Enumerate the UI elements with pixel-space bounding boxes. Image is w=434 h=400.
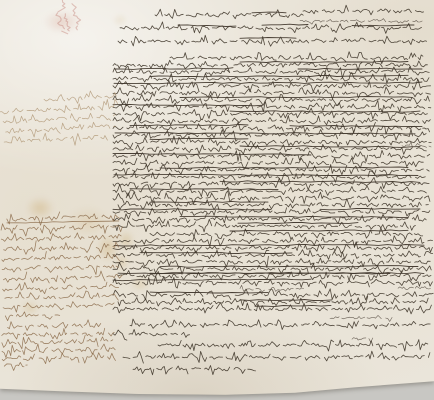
strikethrough-stroke <box>252 12 286 13</box>
block-main-paragraph <box>113 52 431 232</box>
scan-background <box>0 0 434 400</box>
strikethrough-stroke <box>180 97 412 98</box>
strikethrough-stroke <box>298 68 422 69</box>
block-closing-paragraph <box>113 329 430 374</box>
strikethrough-stroke <box>230 111 420 112</box>
handwritten-line <box>113 289 433 300</box>
strikethrough-stroke <box>150 138 248 139</box>
handwritten-line <box>0 99 118 116</box>
handwritten-line <box>2 264 119 277</box>
handwritten-line <box>113 94 429 106</box>
strikethrough-stroke <box>114 244 424 246</box>
strikethrough-stroke <box>255 305 331 306</box>
handwritten-line <box>130 319 430 330</box>
strikethrough-stroke <box>150 75 408 77</box>
handwritten-line <box>3 269 122 284</box>
strikethrough-stroke <box>130 125 248 126</box>
handwritten-line <box>113 108 427 121</box>
handwriting-layer <box>0 0 434 400</box>
strikethrough-stroke <box>220 181 420 183</box>
strikethrough-stroke <box>240 146 420 148</box>
strikethrough-stroke <box>115 68 233 70</box>
handwritten-line <box>5 289 119 303</box>
handwritten-line <box>300 19 422 25</box>
handwritten-line <box>113 242 432 253</box>
strikethrough-stroke <box>113 153 311 155</box>
handwritten-line <box>113 158 423 169</box>
handwritten-line <box>113 185 426 197</box>
handwritten-line <box>3 239 118 256</box>
handwritten-line <box>150 228 423 240</box>
handwritten-line <box>113 329 190 340</box>
handwritten-line <box>70 3 83 30</box>
strikethrough-stroke <box>114 82 422 84</box>
block-opening-paragraph <box>118 5 427 46</box>
handwritten-line <box>398 286 431 289</box>
underline-stroke <box>7 220 119 224</box>
block-margin-note-lower <box>1 319 115 370</box>
handwritten-line <box>113 164 429 175</box>
block-margin-note-main <box>1 210 125 321</box>
block-margin-note-upper <box>0 90 120 150</box>
handwritten-line <box>133 366 256 375</box>
handwritten-line <box>113 250 433 260</box>
handwritten-line <box>113 150 430 162</box>
handwritten-line <box>123 351 430 363</box>
handwritten-line <box>3 300 114 312</box>
strikethrough-stroke <box>160 266 418 268</box>
handwritten-line <box>44 90 117 105</box>
handwritten-line <box>4 130 108 149</box>
handwritten-line <box>113 276 432 288</box>
handwritten-line <box>352 338 373 342</box>
strikethrough-stroke <box>150 201 268 202</box>
handwritten-line <box>330 315 392 321</box>
handwritten-line <box>2 328 115 340</box>
handwritten-line <box>113 116 430 125</box>
handwritten-line <box>113 171 425 183</box>
strikethrough-stroke <box>115 133 415 135</box>
handwritten-line <box>113 79 431 92</box>
strikethrough-stroke <box>320 208 420 209</box>
handwritten-line <box>7 320 100 331</box>
handwritten-line <box>7 210 120 226</box>
handwritten-line <box>5 120 115 138</box>
handwritten-line <box>2 250 120 264</box>
handwritten-line <box>113 303 431 314</box>
strikethrough-stroke <box>262 24 308 25</box>
handwritten-line <box>158 340 428 351</box>
handwritten-line <box>120 22 422 34</box>
manuscript-page <box>0 0 434 400</box>
block-second-paragraph <box>113 228 433 330</box>
handwritten-line <box>2 335 113 350</box>
strikethrough-stroke <box>130 189 278 190</box>
strikethrough-stroke <box>238 223 358 224</box>
handwritten-line <box>118 296 428 306</box>
handwritten-line <box>113 73 429 84</box>
handwritten-line <box>118 35 427 46</box>
block-red-bleedthrough-marks <box>52 0 83 36</box>
handwritten-line <box>155 9 303 19</box>
strikethrough-stroke <box>113 279 311 281</box>
strikethrough-stroke <box>240 38 296 39</box>
handwritten-line <box>240 285 304 292</box>
strikethrough-stroke <box>114 174 418 175</box>
handwritten-line <box>4 362 27 370</box>
handwritten-line <box>1 231 121 243</box>
paper-shadow <box>0 0 434 400</box>
handwritten-line <box>303 5 424 15</box>
strikethrough-stroke <box>113 104 263 105</box>
strikethrough-stroke <box>160 167 408 168</box>
handwritten-line <box>5 311 60 321</box>
strikethrough-stroke <box>240 300 332 301</box>
strikethrough-stroke <box>178 25 236 27</box>
handwritten-line <box>3 110 116 126</box>
handwritten-line <box>2 352 115 364</box>
